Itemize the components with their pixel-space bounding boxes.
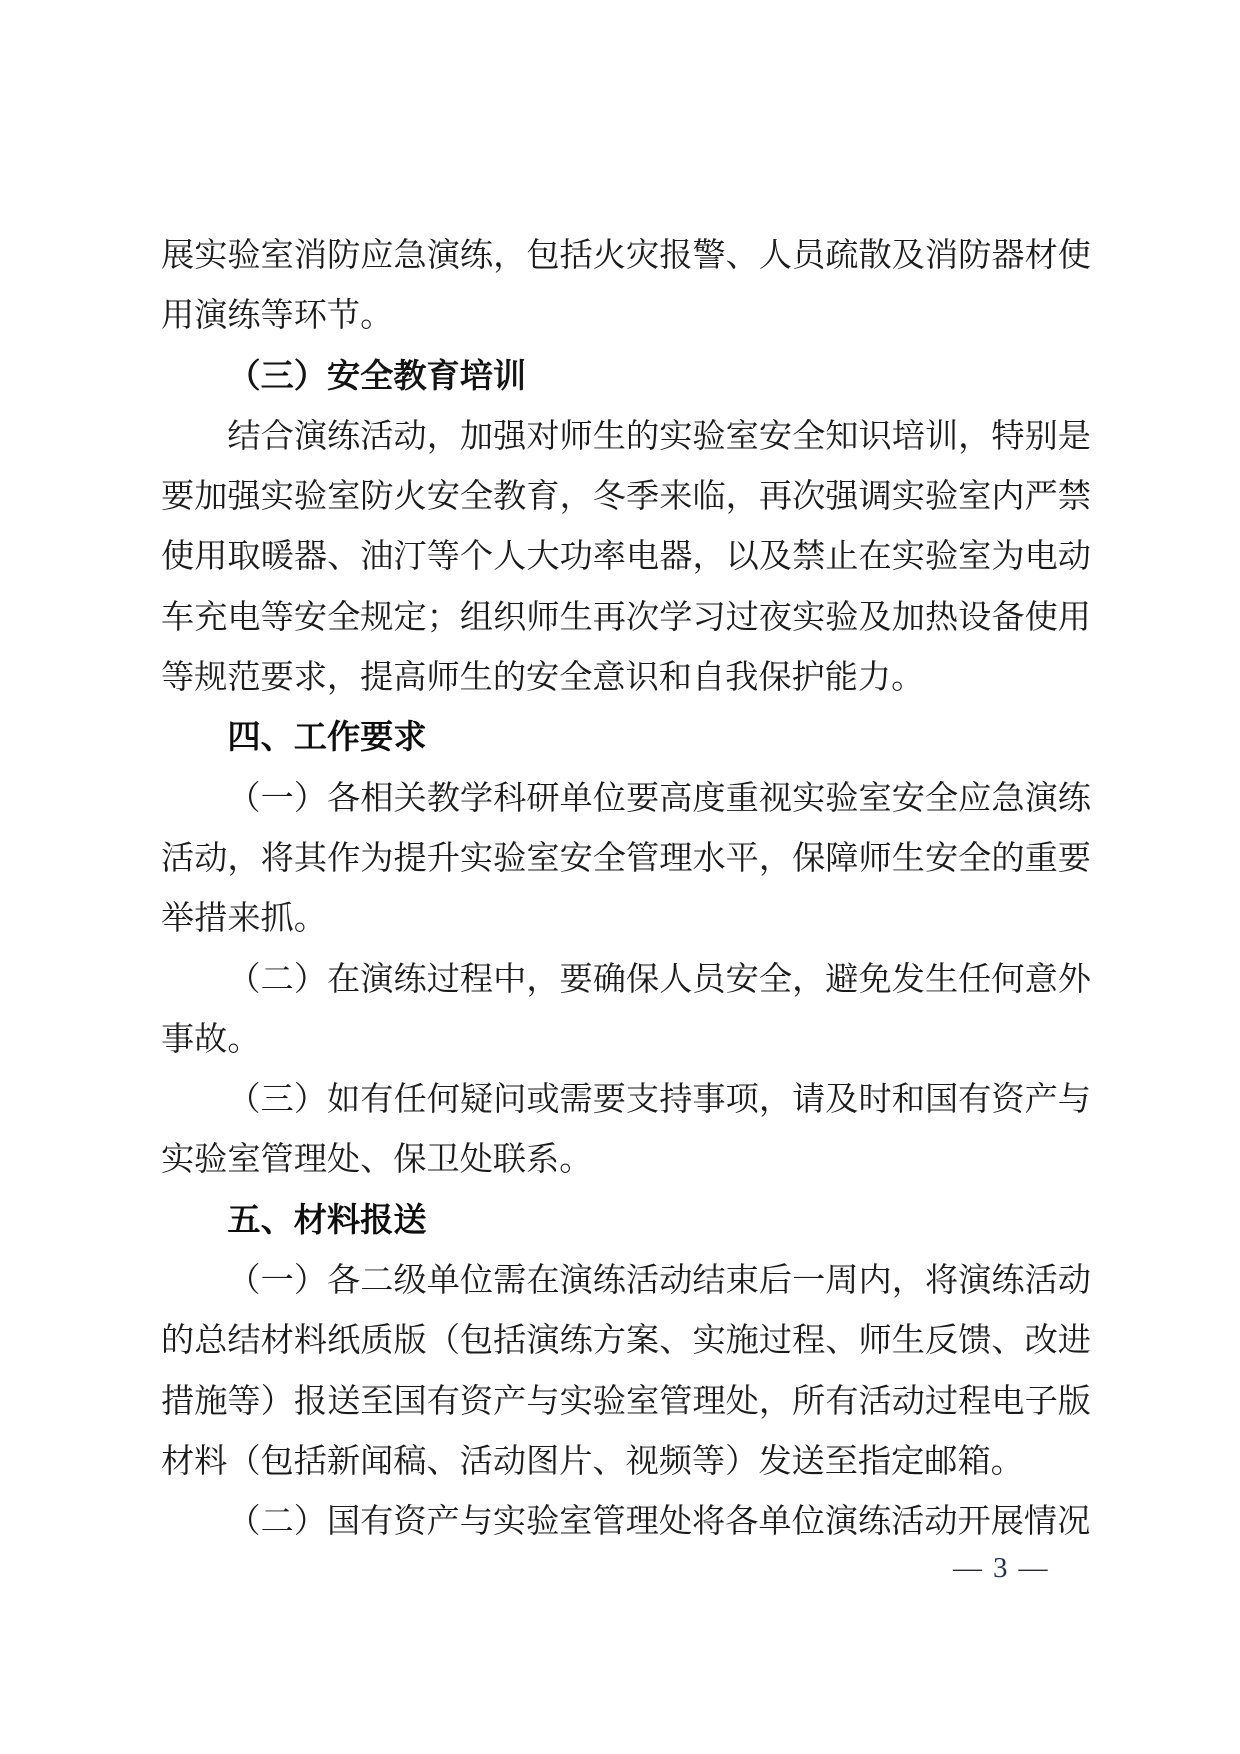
body-paragraph: （三）如有任何疑问或需要支持事项，请及时和国有资产与实验室管理处、保卫处联系。: [161, 1070, 1091, 1191]
section-heading: 五、材料报送: [161, 1191, 1091, 1251]
body-paragraph: （一）各相关教学科研单位要高度重视实验室安全应急演练活动，将其作为提升实验室安全…: [161, 769, 1091, 950]
body-paragraph: （一）各二级单位需在演练活动结束后一周内，将演练活动的总结材料纸质版（包括演练方…: [161, 1251, 1091, 1492]
body-paragraph: 结合演练活动，加强对师生的实验室安全知识培训，特别是要加强实验室防火安全教育，冬…: [161, 407, 1091, 708]
body-paragraph: （二）在演练过程中，要确保人员安全，避免发生任何意外事故。: [161, 950, 1091, 1071]
page-number: —3—: [953, 1551, 1048, 1585]
sub-section-heading: （三）安全教育培训: [161, 347, 1091, 407]
page-number-value: 3: [993, 1552, 1008, 1584]
page-number-dash-left: —: [953, 1552, 982, 1584]
document-body: 展实验室消防应急演练，包括火灾报警、人员疏散及消防器材使用演练等环节。（三）安全…: [161, 226, 1091, 1553]
document-page: 展实验室消防应急演练，包括火灾报警、人员疏散及消防器材使用演练等环节。（三）安全…: [0, 0, 1240, 1754]
body-paragraph: 展实验室消防应急演练，包括火灾报警、人员疏散及消防器材使用演练等环节。: [161, 226, 1091, 347]
body-paragraph: （二）国有资产与实验室管理处将各单位演练活动开展情况: [161, 1492, 1091, 1552]
page-number-dash-right: —: [1019, 1552, 1048, 1584]
section-heading: 四、工作要求: [161, 708, 1091, 768]
